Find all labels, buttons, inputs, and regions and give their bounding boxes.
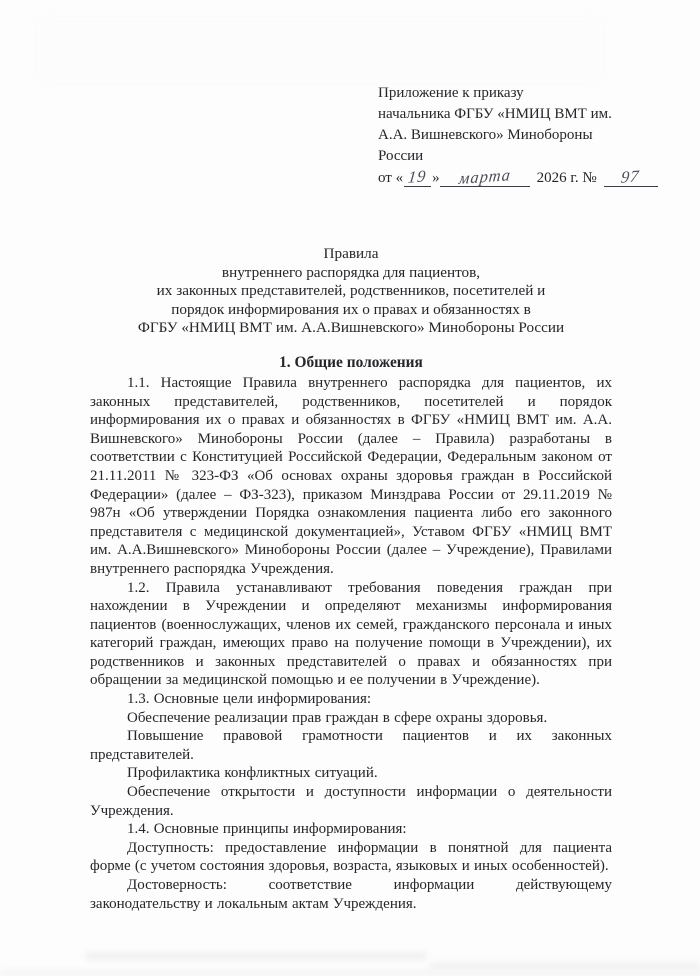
paragraph-1-2: 1.2. Правила устанавливают требования по… xyxy=(90,579,612,691)
approval-line: России xyxy=(378,146,612,167)
date-line: от «19»марта2026 г. №97 xyxy=(378,168,612,189)
handwritten-day: 19 xyxy=(408,168,428,184)
date-year: 2026 г. № xyxy=(537,170,597,186)
handwritten-number-field: 97 xyxy=(604,169,658,187)
handwritten-month: марта xyxy=(458,167,512,186)
scan-shadow xyxy=(430,962,700,974)
approval-line: начальника ФГБУ «НМИЦ ВМТ им. xyxy=(378,104,612,125)
title-line: порядок информирования их о правах и обя… xyxy=(90,301,612,320)
title-line: их законных представителей, родственнико… xyxy=(90,282,612,301)
title-line: внутреннего распорядка для пациентов, xyxy=(90,264,612,283)
paragraph-1-3-heading: 1.3. Основные цели информирования: xyxy=(90,690,612,709)
paragraph-principle-2: Достоверность: соответствие информации д… xyxy=(90,876,612,913)
approval-stamp: Приложение к приказу начальника ФГБУ «НМ… xyxy=(378,83,612,189)
paragraph-goal-2: Повышение правовой грамотности пациентов… xyxy=(90,727,612,764)
scanned-document-page: Приложение к приказу начальника ФГБУ «НМ… xyxy=(0,0,700,976)
title-line: Правила xyxy=(90,245,612,264)
scan-shadow xyxy=(86,952,426,960)
paragraph-goal-4: Обеспечение открытости и доступности инф… xyxy=(90,783,612,820)
handwritten-day-field: 19 xyxy=(404,169,431,187)
document-title: Правила внутреннего распорядка для пацие… xyxy=(90,245,612,338)
paragraph-1-4-heading: 1.4. Основные принципы информирования: xyxy=(90,820,612,839)
handwritten-month-field: марта xyxy=(440,169,530,187)
date-prefix: от « xyxy=(378,170,403,186)
section-heading: 1. Общие положения xyxy=(90,353,612,372)
handwritten-number: 97 xyxy=(621,168,641,184)
scan-edge-shadow xyxy=(0,969,700,976)
title-line: ФГБУ «НМИЦ ВМТ им. А.А.Вишневского» Мино… xyxy=(90,319,612,338)
approval-line: Приложение к приказу xyxy=(378,83,612,104)
paragraph-goal-3: Профилактика конфликтных ситуаций. xyxy=(90,764,612,783)
approval-line: А.А. Вишневского» Минобороны xyxy=(378,125,612,146)
paragraph-1-1: 1.1. Настоящие Правила внутреннего распо… xyxy=(90,374,612,579)
scan-smudge xyxy=(40,20,600,80)
date-close-quote: » xyxy=(432,170,440,186)
paragraph-goal-1: Обеспечение реализации прав граждан в сф… xyxy=(90,709,612,728)
paragraph-principle-1: Доступность: предоставление информации в… xyxy=(90,839,612,876)
